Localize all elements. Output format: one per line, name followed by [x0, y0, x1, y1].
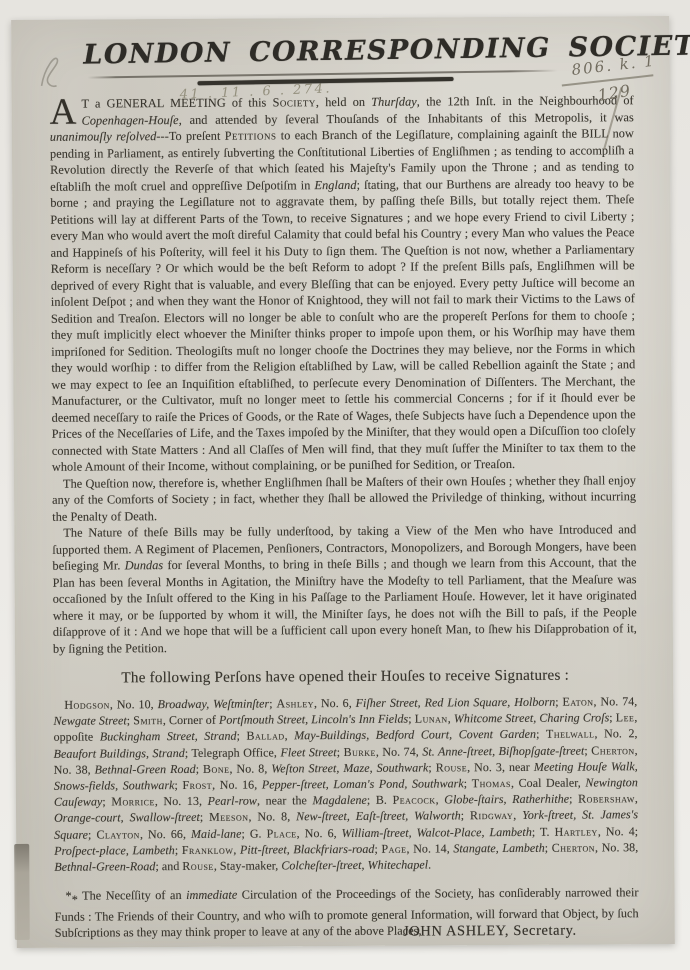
drop-cap: A: [50, 96, 82, 128]
document-title: LONDON CORRESPONDING SOCIETY.: [83, 31, 633, 71]
signatures-heading: The following Perſons have opened their …: [53, 666, 637, 688]
page: { "document": { "title": "LONDON CORRESP…: [0, 0, 690, 970]
title-rule-thin: [88, 70, 558, 79]
paper-edge-shadow: [14, 844, 30, 940]
opening-paragraph-text: T a GENERAL MEETING of this Society, hel…: [50, 93, 636, 474]
pencil-mark-icon: [35, 46, 69, 94]
opening-paragraph: AT a GENERAL MEETING of this Society, he…: [50, 92, 636, 475]
document-paper: 806. k. 1 129 41 . 11 . 6 . 274. LONDON …: [11, 16, 675, 948]
document-content: LONDON CORRESPONDING SOCIETY. AT a GENER…: [11, 16, 675, 943]
nature-of-bills-paragraph: The Nature of theſe Bills may be fully u…: [52, 521, 637, 657]
body-copy: AT a GENERAL MEETING of this Society, he…: [50, 92, 639, 943]
question-paragraph: The Queſtion now, therefore is, whether …: [52, 472, 636, 525]
signatures-list: Hodgson, No. 10, Broadway, Weſtminſter; …: [53, 693, 638, 875]
